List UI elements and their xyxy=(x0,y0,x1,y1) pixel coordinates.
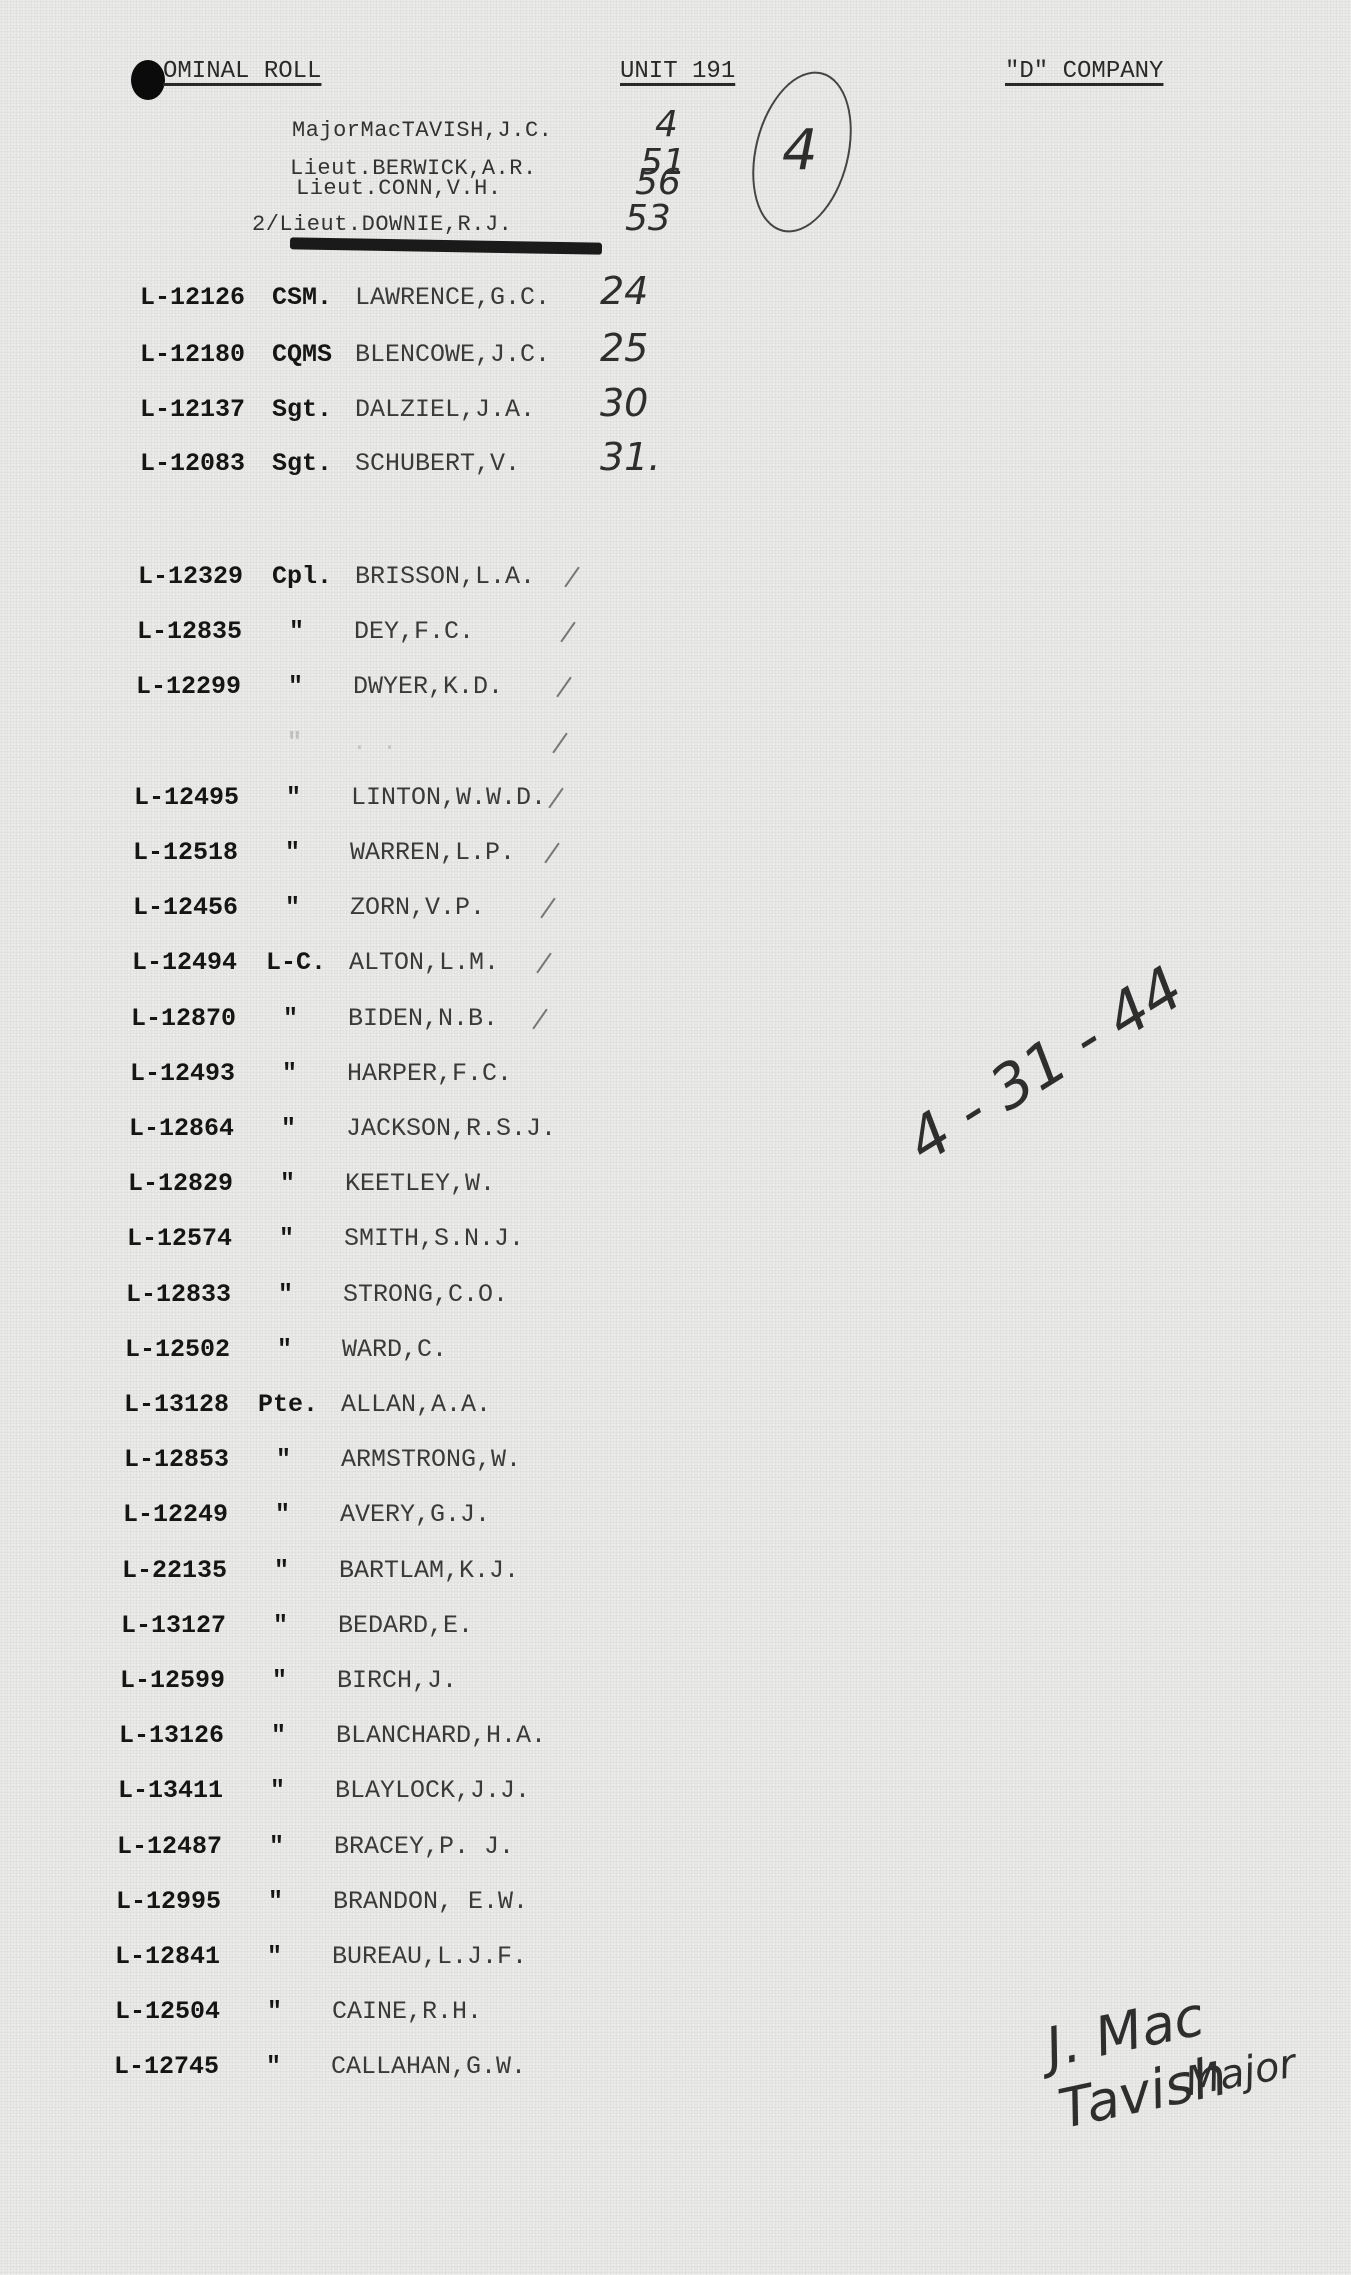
rank: " xyxy=(274,1556,289,1585)
rank: " xyxy=(271,1721,286,1750)
service-number: L-12574 xyxy=(127,1224,232,1253)
name: CALLAHAN,G.W. xyxy=(331,2052,526,2081)
rank: " xyxy=(273,1611,288,1640)
name: . . xyxy=(352,728,397,757)
service-number: L-12745 xyxy=(114,2052,219,2081)
service-number: L-12126 xyxy=(140,283,245,312)
name: BARTLAM,K.J. xyxy=(339,1556,519,1585)
officer-mark: 53 xyxy=(625,198,671,239)
service-number: L-12493 xyxy=(130,1059,235,1088)
service-number: L-12841 xyxy=(115,1942,220,1971)
rank: Sgt. xyxy=(272,395,332,424)
check-mark: 30 xyxy=(600,381,648,425)
name: CAINE,R.H. xyxy=(332,1997,482,2026)
name: HARPER,F.C. xyxy=(347,1059,512,1088)
signature: J. Mac Tavish xyxy=(1040,1955,1351,2141)
rank: Cpl. xyxy=(272,562,332,591)
rank: " xyxy=(275,1500,290,1529)
service-number: L-12495 xyxy=(134,783,239,812)
rank: " xyxy=(281,1114,296,1143)
rank: " xyxy=(279,1224,294,1253)
name: DALZIEL,J.A. xyxy=(355,395,535,424)
officer-entry: 2/Lieut.DOWNIE,R.J. xyxy=(252,212,512,237)
rank: L-C. xyxy=(266,948,326,977)
service-number: L-12494 xyxy=(132,948,237,977)
name: SCHUBERT,V. xyxy=(355,449,520,478)
rank: " xyxy=(269,1832,284,1861)
name: BLENCOWE,J.C. xyxy=(355,340,550,369)
name: DWYER,K.D. xyxy=(353,672,503,701)
name: ALLAN,A.A. xyxy=(341,1390,491,1419)
struck-out-entry xyxy=(290,237,602,254)
name: BUREAU,L.J.F. xyxy=(332,1942,527,1971)
service-number: L-12518 xyxy=(133,838,238,867)
check-tick xyxy=(536,953,551,974)
check-tick xyxy=(548,788,563,809)
rank: " xyxy=(288,672,303,701)
name: KEETLEY,W. xyxy=(345,1169,495,1198)
check-mark: 24 xyxy=(600,269,648,313)
name: WARD,C. xyxy=(342,1335,447,1364)
rank: " xyxy=(282,1059,297,1088)
rank: " xyxy=(268,1887,283,1916)
officer-name: MacTAVISH,J.C. xyxy=(361,118,553,143)
name: BRACEY,P. J. xyxy=(334,1832,514,1861)
name: STRONG,C.O. xyxy=(343,1280,508,1309)
name: SMITH,S.N.J. xyxy=(344,1224,524,1253)
service-number: L-13126 xyxy=(119,1721,224,1750)
check-tick xyxy=(560,622,575,643)
officer-rank: Major xyxy=(292,118,361,143)
service-number: L-12487 xyxy=(117,1832,222,1861)
rank: " xyxy=(278,1280,293,1309)
service-number: L-12249 xyxy=(123,1500,228,1529)
circled-number: 4 xyxy=(782,118,818,183)
service-number: L-12299 xyxy=(136,672,241,701)
name: BRANDON, E.W. xyxy=(333,1887,528,1916)
rank: " xyxy=(287,728,302,757)
name: BLANCHARD,H.A. xyxy=(336,1721,546,1750)
rank: " xyxy=(272,1666,287,1695)
name: AVERY,G.J. xyxy=(340,1500,490,1529)
name: DEY,F.C. xyxy=(354,617,474,646)
rank: " xyxy=(280,1169,295,1198)
service-number: L-12833 xyxy=(126,1280,231,1309)
service-number: L-13127 xyxy=(121,1611,226,1640)
check-tick xyxy=(564,567,579,588)
rank: " xyxy=(270,1776,285,1805)
officer-name: DOWNIE,R.J. xyxy=(362,212,513,237)
officer-name: CONN,V.H. xyxy=(378,176,501,201)
unit-label: UNIT 191 xyxy=(620,58,735,85)
rank: " xyxy=(277,1335,292,1364)
officer-rank: 2/Lieut. xyxy=(252,212,362,237)
rank: Pte. xyxy=(258,1390,318,1419)
check-tick xyxy=(540,898,555,919)
rank: " xyxy=(267,1997,282,2026)
rank: CSM. xyxy=(272,283,332,312)
service-number: L-13128 xyxy=(124,1390,229,1419)
service-number: L-12835 xyxy=(137,617,242,646)
rank: " xyxy=(285,893,300,922)
name: BLAYLOCK,J.J. xyxy=(335,1776,530,1805)
rank: " xyxy=(289,617,304,646)
name: ZORN,V.P. xyxy=(350,893,485,922)
name: BIDEN,N.B. xyxy=(348,1004,498,1033)
service-number: L-12329 xyxy=(138,562,243,591)
rank: CQMS xyxy=(272,340,332,369)
officer-rank: Lieut. xyxy=(296,176,378,201)
company-label: "D" COMPANY xyxy=(1005,58,1163,85)
officer-mark: 4 xyxy=(655,104,678,145)
name: BIRCH,J. xyxy=(337,1666,457,1695)
punch-hole xyxy=(131,60,165,100)
officer-entry: MajorMacTAVISH,J.C. xyxy=(292,118,552,143)
service-number: L-12829 xyxy=(128,1169,233,1198)
service-number: L-12502 xyxy=(125,1335,230,1364)
name: ARMSTRONG,W. xyxy=(341,1445,521,1474)
document-title: OMINAL ROLL xyxy=(163,58,321,85)
name: JACKSON,R.S.J. xyxy=(346,1114,556,1143)
name: ALTON,L.M. xyxy=(349,948,499,977)
rank: " xyxy=(286,783,301,812)
officer-entry: Lieut.CONN,V.H. xyxy=(296,176,502,201)
check-tick xyxy=(552,733,567,754)
service-number: L-12137 xyxy=(140,395,245,424)
officer-mark: 56 xyxy=(635,162,681,203)
check-mark: 31. xyxy=(600,435,660,479)
rank: " xyxy=(283,1004,298,1033)
name: LAWRENCE,G.C. xyxy=(355,283,550,312)
check-tick xyxy=(532,1009,547,1030)
check-tick xyxy=(544,843,559,864)
rank: " xyxy=(267,1942,282,1971)
service-number: L-12870 xyxy=(131,1004,236,1033)
service-number: L-13411 xyxy=(118,1776,223,1805)
service-number: L-12995 xyxy=(116,1887,221,1916)
service-number: L-12456 xyxy=(133,893,238,922)
rank: " xyxy=(276,1445,291,1474)
name: BEDARD,E. xyxy=(338,1611,473,1640)
service-number: L-12083 xyxy=(140,449,245,478)
name: WARREN,L.P. xyxy=(350,838,515,867)
rank: " xyxy=(266,2052,281,2081)
service-number: L-12864 xyxy=(129,1114,234,1143)
service-number: L-22135 xyxy=(122,1556,227,1585)
service-number: L-12853 xyxy=(124,1445,229,1474)
name: BRISSON,L.A. xyxy=(355,562,535,591)
name: LINTON,W.W.D. xyxy=(351,783,546,812)
check-mark: 25 xyxy=(600,326,648,370)
diagonal-annotation: 4 - 31 - 44 xyxy=(895,953,1195,1177)
service-number: L-12504 xyxy=(115,1997,220,2026)
service-number: L-12180 xyxy=(140,340,245,369)
rank: " xyxy=(285,838,300,867)
check-tick xyxy=(556,677,571,698)
rank: Sgt. xyxy=(272,449,332,478)
service-number: L-12599 xyxy=(120,1666,225,1695)
